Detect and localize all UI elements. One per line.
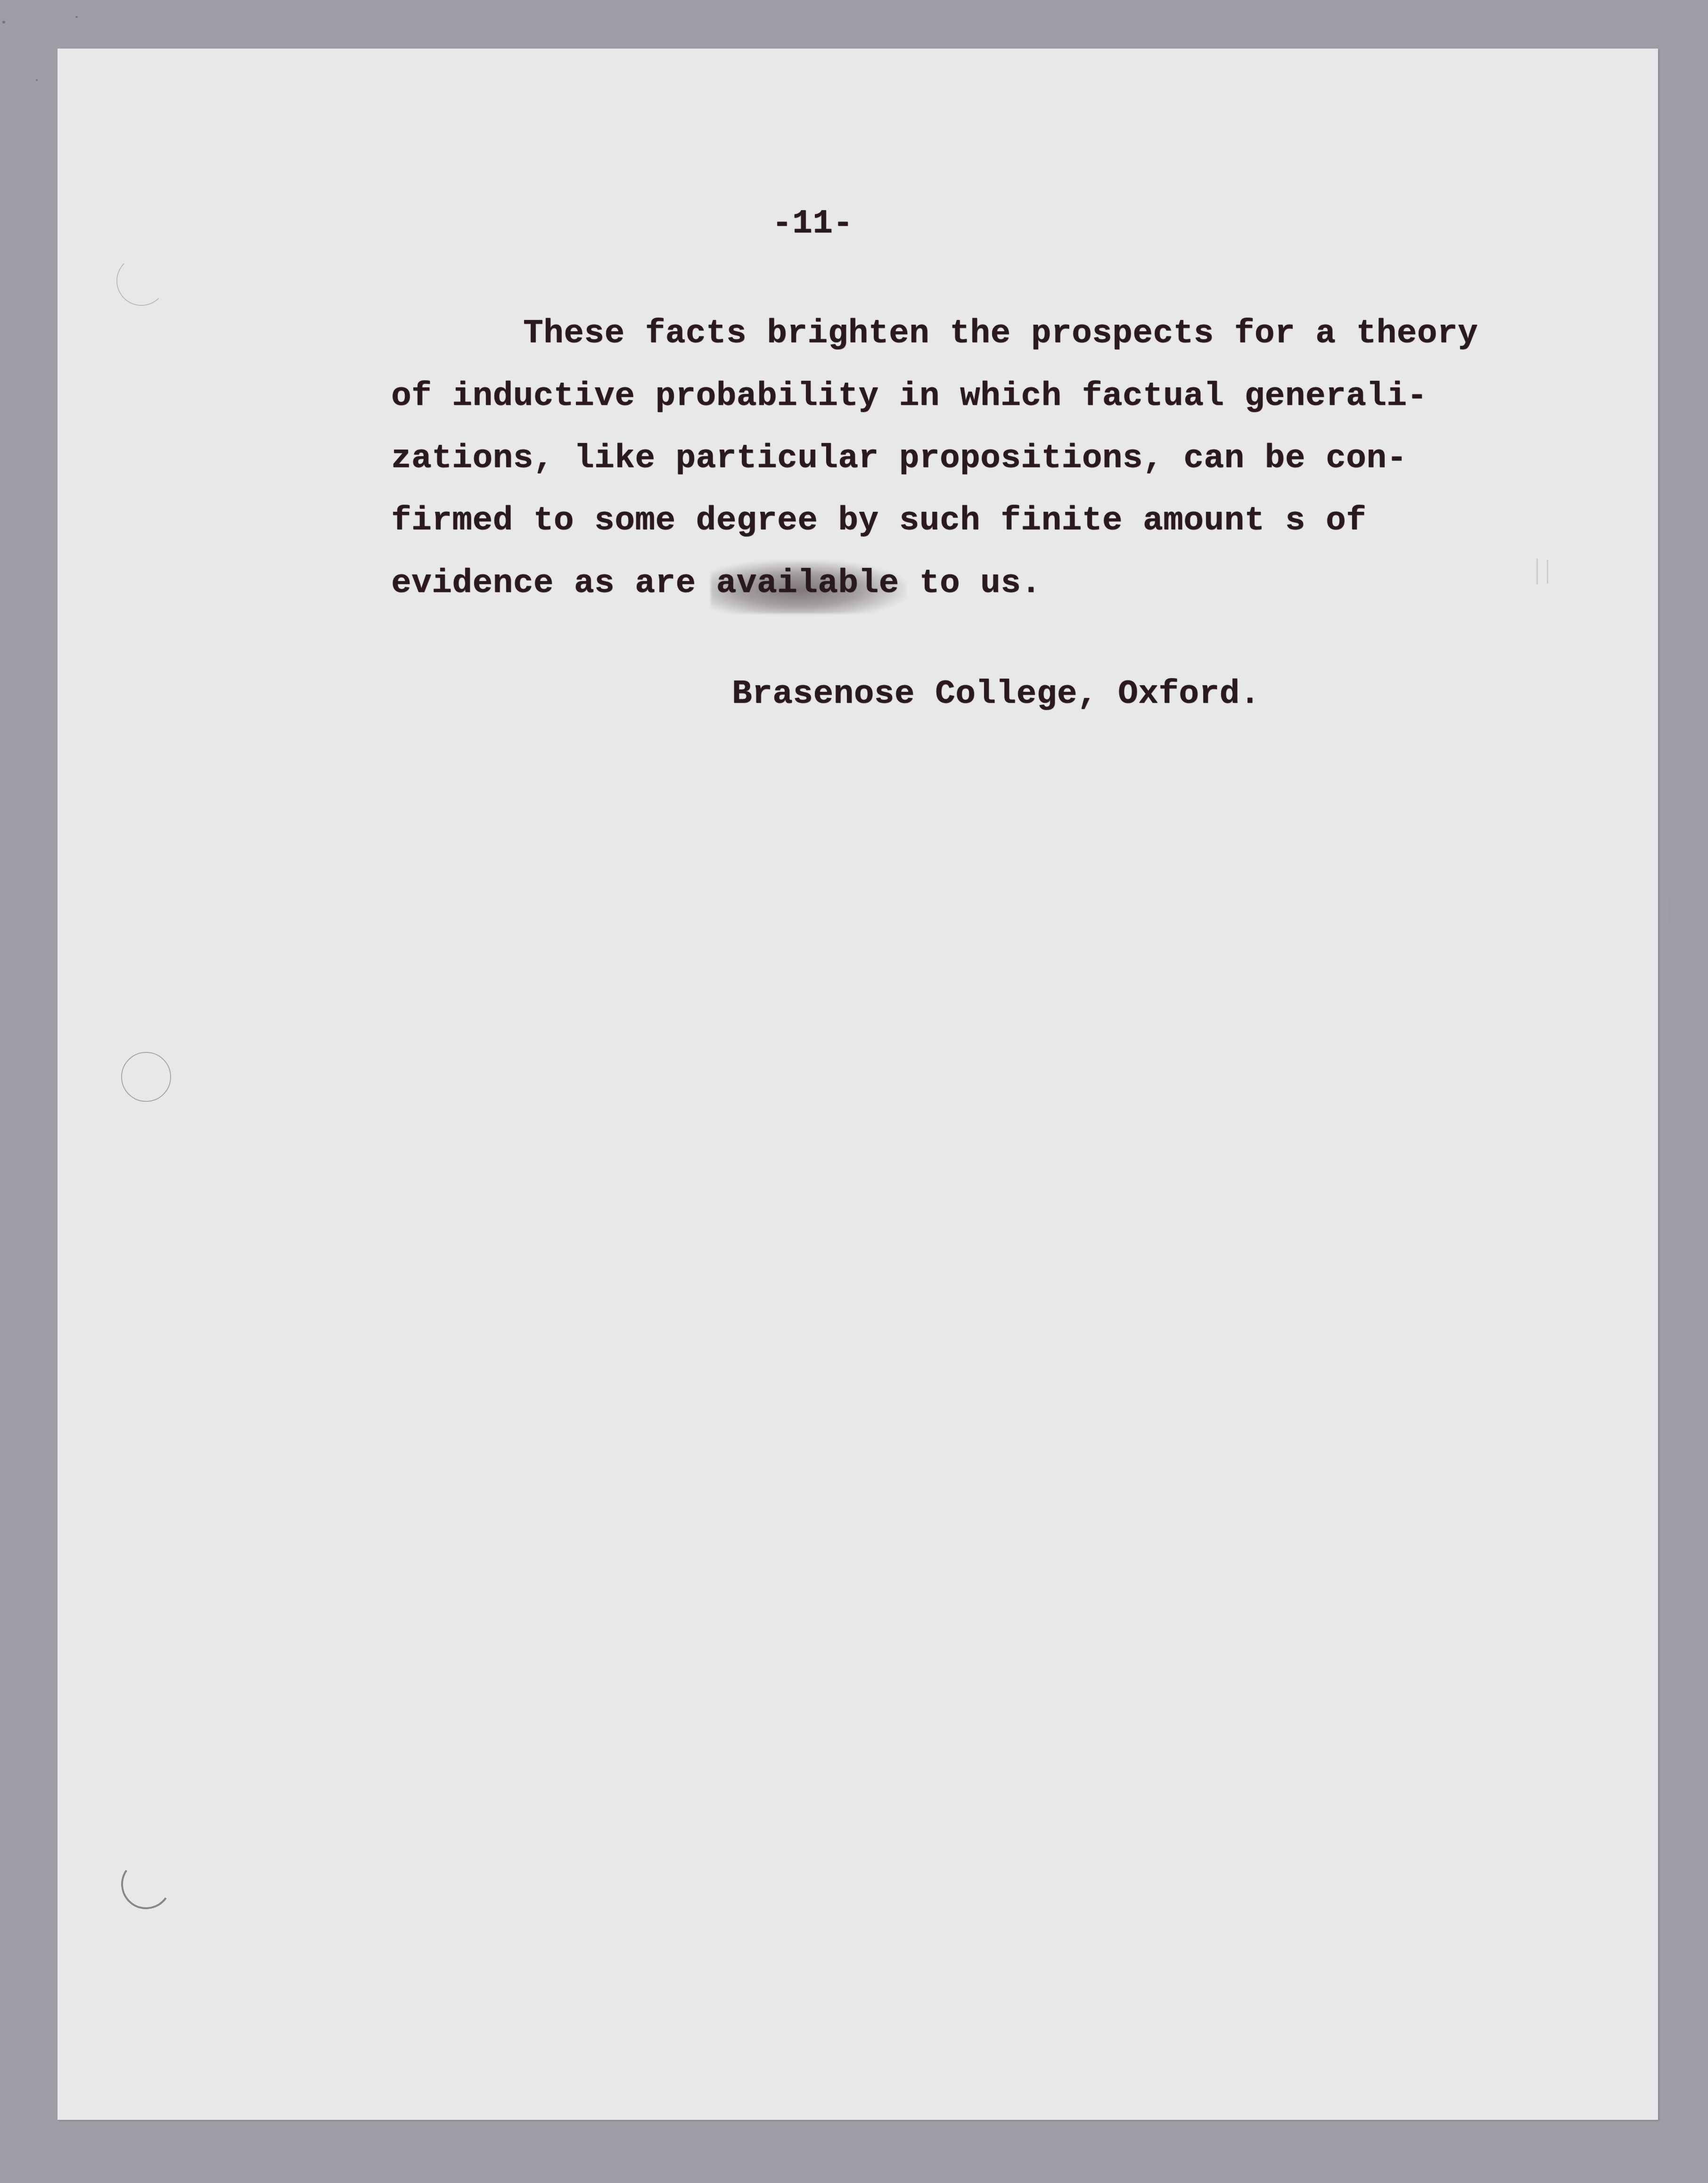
signature-line: Brasenose College, Oxford. [732,678,1260,711]
smudged-word: available [716,567,899,600]
punch-hole-bottom [117,1855,175,1913]
last-line-before: evidence as are [391,565,716,602]
punch-hole-top [116,256,166,306]
paragraph-line-1: These facts brighten the prospects for a… [523,317,1478,351]
paragraph-line-2: of inductive probability in which factua… [391,380,1427,413]
paper-mark [1547,560,1548,583]
paragraph-line-3: zations, like particular propositions, c… [391,442,1407,476]
paragraph-line-4: firmed to some degree by such finite amo… [391,504,1366,538]
paper-sheet [57,49,1658,2120]
punch-hole-middle [121,1052,171,1102]
paper-mark [1669,897,1671,925]
last-line-after: to us. [899,565,1042,602]
page-number: -11- [772,207,853,241]
paper-mark [1536,558,1538,584]
backdrop-speck [75,16,78,18]
backdrop-speck [2,21,5,24]
paragraph-line-5: evidence as are available to us. [391,567,1041,600]
backdrop-speck [36,79,38,81]
